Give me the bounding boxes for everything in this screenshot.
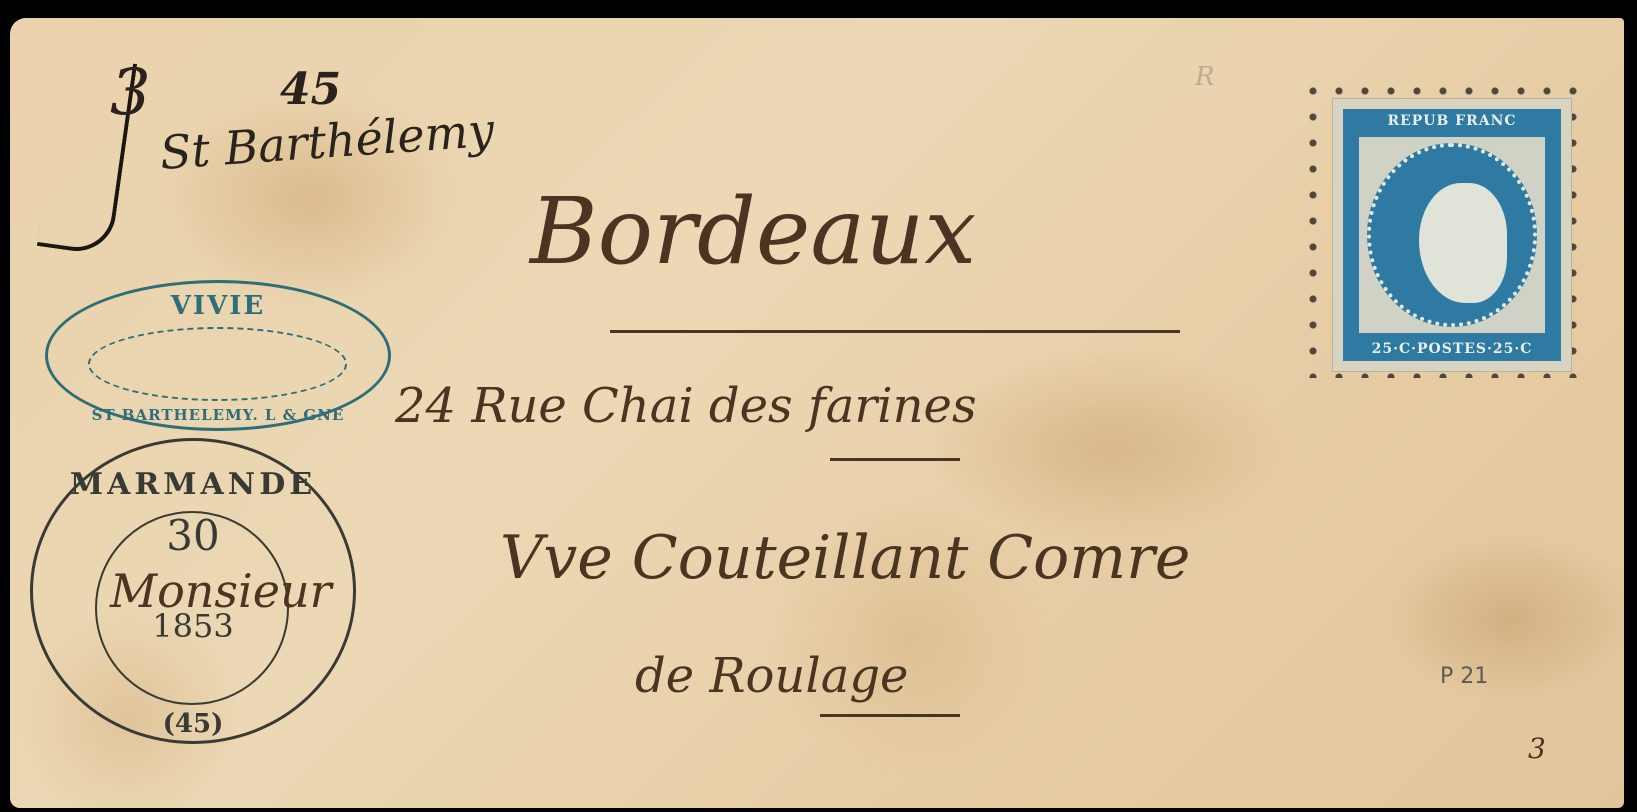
stamp-top-text: REPUB FRANC bbox=[1343, 109, 1561, 133]
oval-inner-ring bbox=[88, 327, 347, 401]
handstamp-town: St Barthélemy bbox=[158, 103, 496, 180]
cachet-place: ST BARTHELEMY. L & GNE bbox=[48, 406, 388, 424]
postal-cover: 3 45 St Barthélemy R VIVIE ST BARTHELEMY… bbox=[10, 18, 1624, 808]
date-stamp-day: 30 bbox=[33, 511, 353, 560]
faint-mark: R bbox=[1195, 62, 1215, 92]
address-city: Bordeaux bbox=[530, 178, 976, 285]
stamp-bottom-text: 25·C·POSTES·25·C bbox=[1343, 337, 1561, 361]
date-stamp-department: (45) bbox=[33, 709, 353, 739]
stamp-medallion bbox=[1367, 143, 1537, 327]
stamp-frame: REPUB FRANC 25·C·POSTES·25·C bbox=[1343, 109, 1561, 361]
line3-underline bbox=[820, 714, 960, 717]
street-underline bbox=[830, 458, 960, 461]
stamp-field bbox=[1359, 137, 1545, 333]
address-line3: de Roulage bbox=[635, 648, 908, 704]
corner-numeral: 3 bbox=[1528, 732, 1546, 765]
oval-cachet: VIVIE ST BARTHELEMY. L & GNE bbox=[45, 280, 391, 431]
address-salutation: Monsieur bbox=[110, 564, 332, 618]
manuscript-numeral: 3 bbox=[110, 56, 151, 130]
address-street: 24 Rue Chai des farines bbox=[395, 378, 977, 434]
date-stamp-town: MARMANDE bbox=[33, 467, 353, 502]
postage-stamp: REPUB FRANC 25·C·POSTES·25·C bbox=[1332, 98, 1572, 372]
handstamp-number: 45 bbox=[280, 64, 341, 115]
pencil-note: P 21 bbox=[1440, 664, 1488, 689]
cachet-name: VIVIE bbox=[48, 291, 388, 321]
city-underline bbox=[610, 330, 1180, 333]
address-recipient: Vve Couteillant Comre bbox=[500, 523, 1190, 593]
portrait-icon bbox=[1419, 183, 1507, 303]
